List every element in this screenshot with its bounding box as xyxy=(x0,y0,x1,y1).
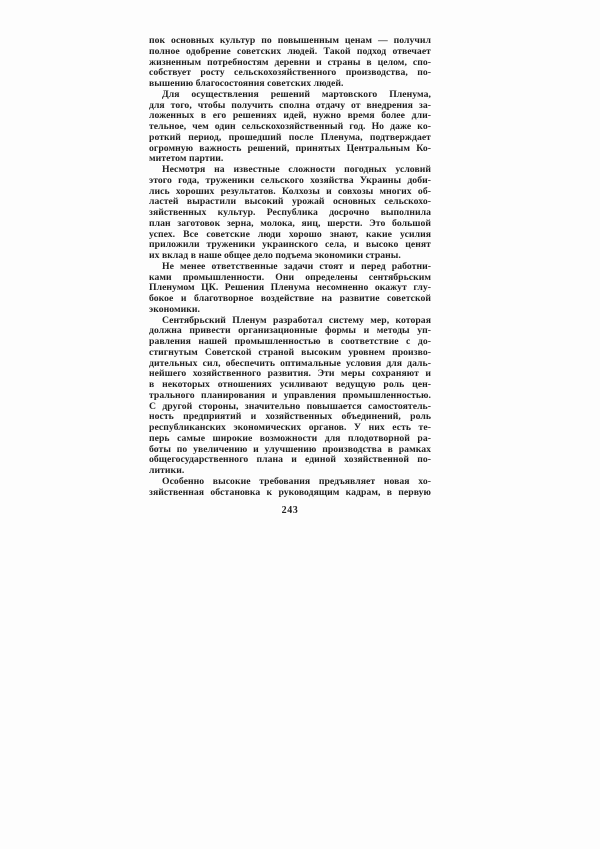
text-line: стигнутым Советской страной высоким уров… xyxy=(149,348,431,359)
text-line: полное одобрение советских людей. Такой … xyxy=(149,47,431,58)
text-block: пок основных культур по повышенным ценам… xyxy=(149,36,431,498)
text-line: перь самые широкие возможности для плодо… xyxy=(149,434,431,445)
text-line: общегосударственного плана и единой хозя… xyxy=(149,455,431,466)
text-line: трального планирования и управления пром… xyxy=(149,391,431,402)
text-line: план заготовок зерна, молока, яиц, шерст… xyxy=(149,219,431,230)
text-line: Для осуществления решений мартовского Пл… xyxy=(149,90,431,101)
book-page: пок основных культур по повышенным ценам… xyxy=(0,0,600,849)
text-line: экономики. xyxy=(149,305,431,316)
text-line: этого года, труженики сельского хозяйств… xyxy=(149,176,431,187)
text-line: Не менее ответственные задачи стоят и пе… xyxy=(149,262,431,273)
text-line: роткий период, прошедший после Пленума, … xyxy=(149,133,431,144)
text-line: зяйственная обстановка к руководящим кад… xyxy=(149,488,431,499)
text-line: Особенно высокие требования предъявляет … xyxy=(149,477,431,488)
page-number: 243 xyxy=(149,505,431,516)
